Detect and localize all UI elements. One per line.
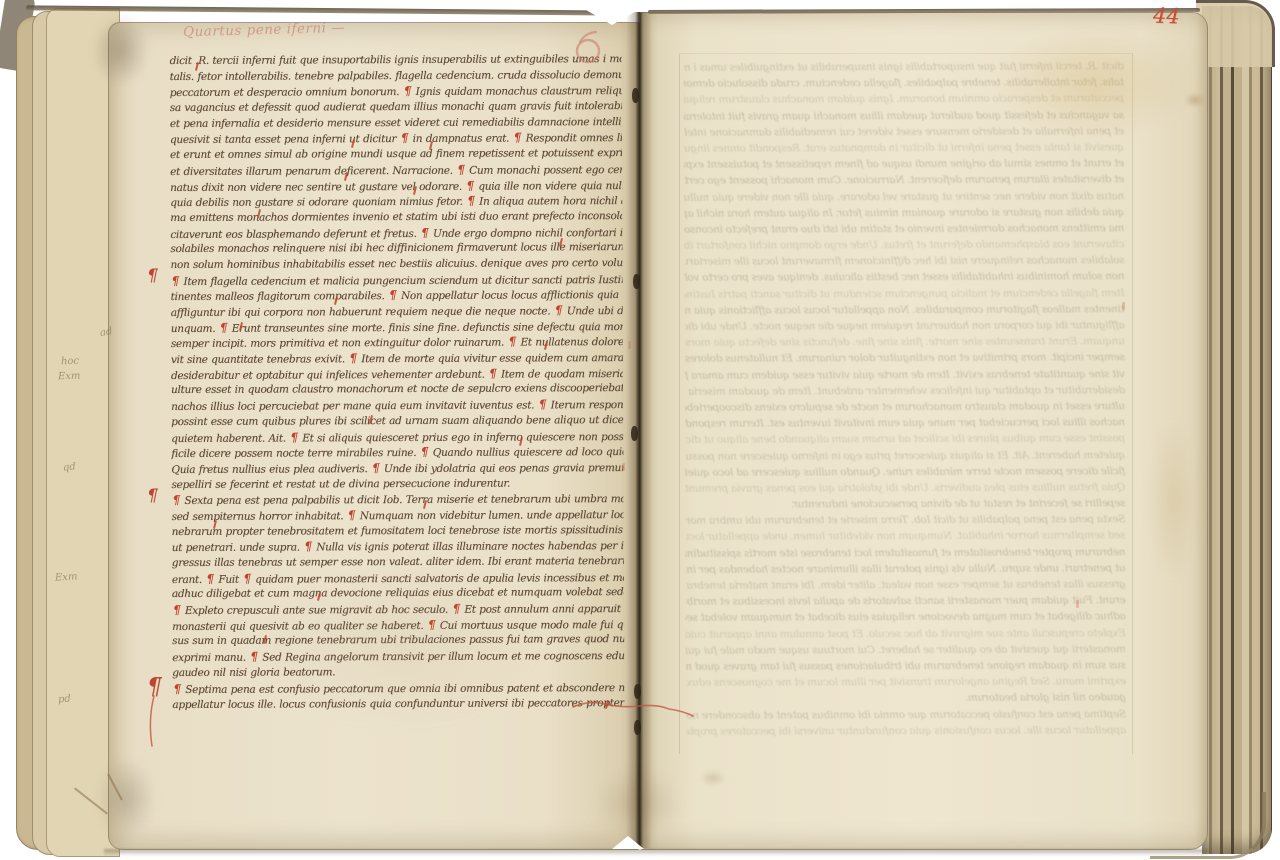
manuscript-line: sa vagancius et defessit quod audierat q… bbox=[170, 99, 622, 117]
book-bottom-shadow bbox=[104, 849, 1208, 856]
bleedthrough-line: natus dixit non videre nec sentire ut gu… bbox=[684, 188, 1124, 206]
bleedthrough-line: sus sum in quadam regione tenebrarum ubi… bbox=[686, 657, 1126, 675]
manuscript-line: ficile dicere possem nocte terre mirabil… bbox=[171, 444, 623, 462]
bleedthrough-line: sed sempiternus horror inhabitat. Numqua… bbox=[685, 528, 1125, 546]
manuscript-line: quia debilis non gustare si odorare quon… bbox=[170, 193, 622, 211]
manuscript-line: et diversitates illarum penarum deficere… bbox=[170, 162, 622, 180]
manuscript-line: nachos illius loci percuciebat per mane … bbox=[171, 397, 623, 415]
bleedthrough-line: vit sine quantitate tenebras exivit. Ite… bbox=[685, 366, 1125, 384]
bleedthrough-line: talis. fetor intollerabilis. tenebre pal… bbox=[684, 74, 1124, 92]
manuscript-line: Quia fretus nullius eius plea audiveris.… bbox=[171, 460, 623, 478]
bleedthrough-line: unquam. Erunt transeuntes sine morte. fi… bbox=[685, 333, 1125, 351]
manuscript-line: ¶ Expleto crepusculi ante sue migravit a… bbox=[172, 601, 624, 619]
bleedthrough-line: quietem haberent. Ait. Et si aliquis qui… bbox=[685, 447, 1125, 465]
gutter-top-notch bbox=[586, 10, 638, 25]
bleedthrough-line: Expleto crepusculi ante sue migravit ab … bbox=[686, 625, 1126, 643]
bleedthrough-line: quia debilis non gustare si odorare quon… bbox=[684, 204, 1124, 222]
manuscript-line: appellatur locus ille. locus confusionis… bbox=[172, 695, 624, 713]
bleedthrough-line: ficile dicere possem nocte terre mirabil… bbox=[685, 463, 1125, 481]
manuscript-line: ma emittens monachos dormientes invenio … bbox=[170, 209, 622, 227]
bleedthrough-line: non solum hominibus inhabitabilis esset … bbox=[685, 269, 1125, 287]
rubric-paragraph-mark: ¶ bbox=[147, 676, 162, 699]
manuscript-line: exprimi manu. ¶ Sed Regina angelorum tra… bbox=[172, 648, 624, 666]
bleedthrough-line: peccatorum et desperacio omnium bonorum.… bbox=[684, 91, 1124, 109]
bleedthrough-line: adhuc diligebat et cum magna devocione r… bbox=[686, 609, 1126, 627]
bleedthrough-line: possint esse cum quibus plures ibi scili… bbox=[685, 431, 1125, 449]
bleedthrough-line: nebrarum propter tenebrositatem et fumos… bbox=[685, 544, 1125, 562]
bleedthrough-line: ut penetrari. unde supra. Nulla vis igni… bbox=[686, 560, 1126, 578]
manuscript-line: gressus illas tenebras ut semper esse no… bbox=[172, 554, 624, 572]
manuscript-line: et erunt et omnes simul ab origine mundi… bbox=[170, 146, 622, 164]
sewing-station bbox=[633, 274, 640, 289]
manuscript-line: non solum hominibus inhabitabilis esset … bbox=[170, 256, 622, 274]
manuscript-line: vit sine quantitate tenebras exivit. ¶ I… bbox=[171, 350, 623, 368]
left-page: dicit .R. tercii inferni fuit que insupo… bbox=[108, 22, 640, 850]
bleedthrough-lines: dicit .R. tercii inferni fuit que insupo… bbox=[684, 58, 1126, 748]
sewing-station bbox=[631, 426, 638, 441]
bleedthrough-line: exprimi manu. Sed Regina angelorum trans… bbox=[686, 673, 1126, 691]
bleedthrough-line: affliguntur ibi qui corpora non habuerun… bbox=[685, 317, 1125, 335]
bleedthrough-line: quesivit si tanta esset pena inferni ut … bbox=[684, 139, 1124, 157]
bleedthrough-line: Septima pena est confusio peccatorum que… bbox=[686, 706, 1126, 724]
bleedthrough-line: sepelliri se fecerint et restat ut de di… bbox=[685, 495, 1125, 513]
manuscript-line: affliguntur ibi qui corpora non habuerun… bbox=[171, 303, 623, 321]
sewing-station bbox=[634, 684, 641, 699]
bleedthrough-line: citaverunt eos blasphemando deferunt et … bbox=[684, 236, 1124, 254]
bleedthrough-line: semper incipit. mors primitiva et non ex… bbox=[685, 350, 1125, 368]
bleedthrough-line: gaudeo nil nisi gloria beatorum. bbox=[686, 690, 1126, 708]
right-page: dicit .R. tercii inferni fuit que insupo… bbox=[640, 12, 1208, 850]
bleedthrough-line: erant. Fuit quidam puer monasterii sanct… bbox=[686, 592, 1126, 610]
manuscript-line: dicit .R. tercii inferni fuit que insupo… bbox=[170, 52, 622, 70]
rubric-paragraph-mark: ¶ bbox=[147, 268, 158, 285]
bleedthrough-line: solabiles monachos relinquere nisi ibi h… bbox=[684, 252, 1124, 270]
sewing-station bbox=[634, 720, 641, 735]
manuscript-line: sed sempiternus horror inhabitat. ¶ Numq… bbox=[172, 507, 624, 525]
bleedthrough-line: desiderabitur et optabitur qui infelices… bbox=[685, 382, 1125, 400]
bleedthrough-line: monasterii qui quesivit ab eo qualiter s… bbox=[686, 641, 1126, 659]
bleedthrough-line: tinentes malleos flagitorum comparabiles… bbox=[685, 301, 1125, 319]
manuscript-line: possint esse cum quibus plures ibi scili… bbox=[171, 413, 623, 431]
rubric-paragraph-mark: ¶ bbox=[147, 488, 158, 505]
bleedthrough-line: sa vagancius et defessit quod audierat q… bbox=[684, 107, 1124, 125]
bleedthrough-line: ma emittens monachos dormientes invenio … bbox=[684, 220, 1124, 238]
manuscript-photo: dicit .R. tercii inferni fuit que insupo… bbox=[0, 0, 1280, 860]
bleedthrough-line: Sexta pena est pena palpabilis ut dicit … bbox=[685, 511, 1125, 529]
sewing-station bbox=[632, 88, 639, 103]
bleedthrough-line: dicit .R. tercii inferni fuit que insupo… bbox=[684, 58, 1124, 76]
bleedthrough-line: appellatur locus ille. locus confusionis… bbox=[686, 722, 1126, 740]
bleedthrough-line: et erunt et omnes simul ab origine mundi… bbox=[684, 155, 1124, 173]
gutter-bottom-notch bbox=[612, 836, 644, 849]
bleedthrough-line: nachos illius loci percuciebat per mane … bbox=[685, 414, 1125, 432]
fore-edge-page-stack bbox=[1202, 6, 1272, 854]
manuscript-line: solabiles monachos relinquere nisi ibi h… bbox=[170, 240, 622, 258]
bleedthrough-line: Item flagella cedencium et malicia punge… bbox=[685, 285, 1125, 303]
left-page-lines: dicit .R. tercii inferni fuit que insupo… bbox=[170, 52, 625, 718]
bleedthrough-line: et diversitates illarum penarum deficere… bbox=[684, 172, 1124, 190]
bleedthrough-line: Quia fretus nullius eius plea audiveris.… bbox=[685, 479, 1125, 497]
bleedthrough-line: ulture esset in quodam claustro monachor… bbox=[685, 398, 1125, 416]
bleedthrough-line: et pena infernalia et desiderio mensure … bbox=[684, 123, 1124, 141]
manuscript-line: ¶ Sexta pena est pena palpabilis ut dici… bbox=[171, 491, 623, 509]
bleedthrough-line: gressus illas tenebras ut semper esse no… bbox=[686, 576, 1126, 594]
